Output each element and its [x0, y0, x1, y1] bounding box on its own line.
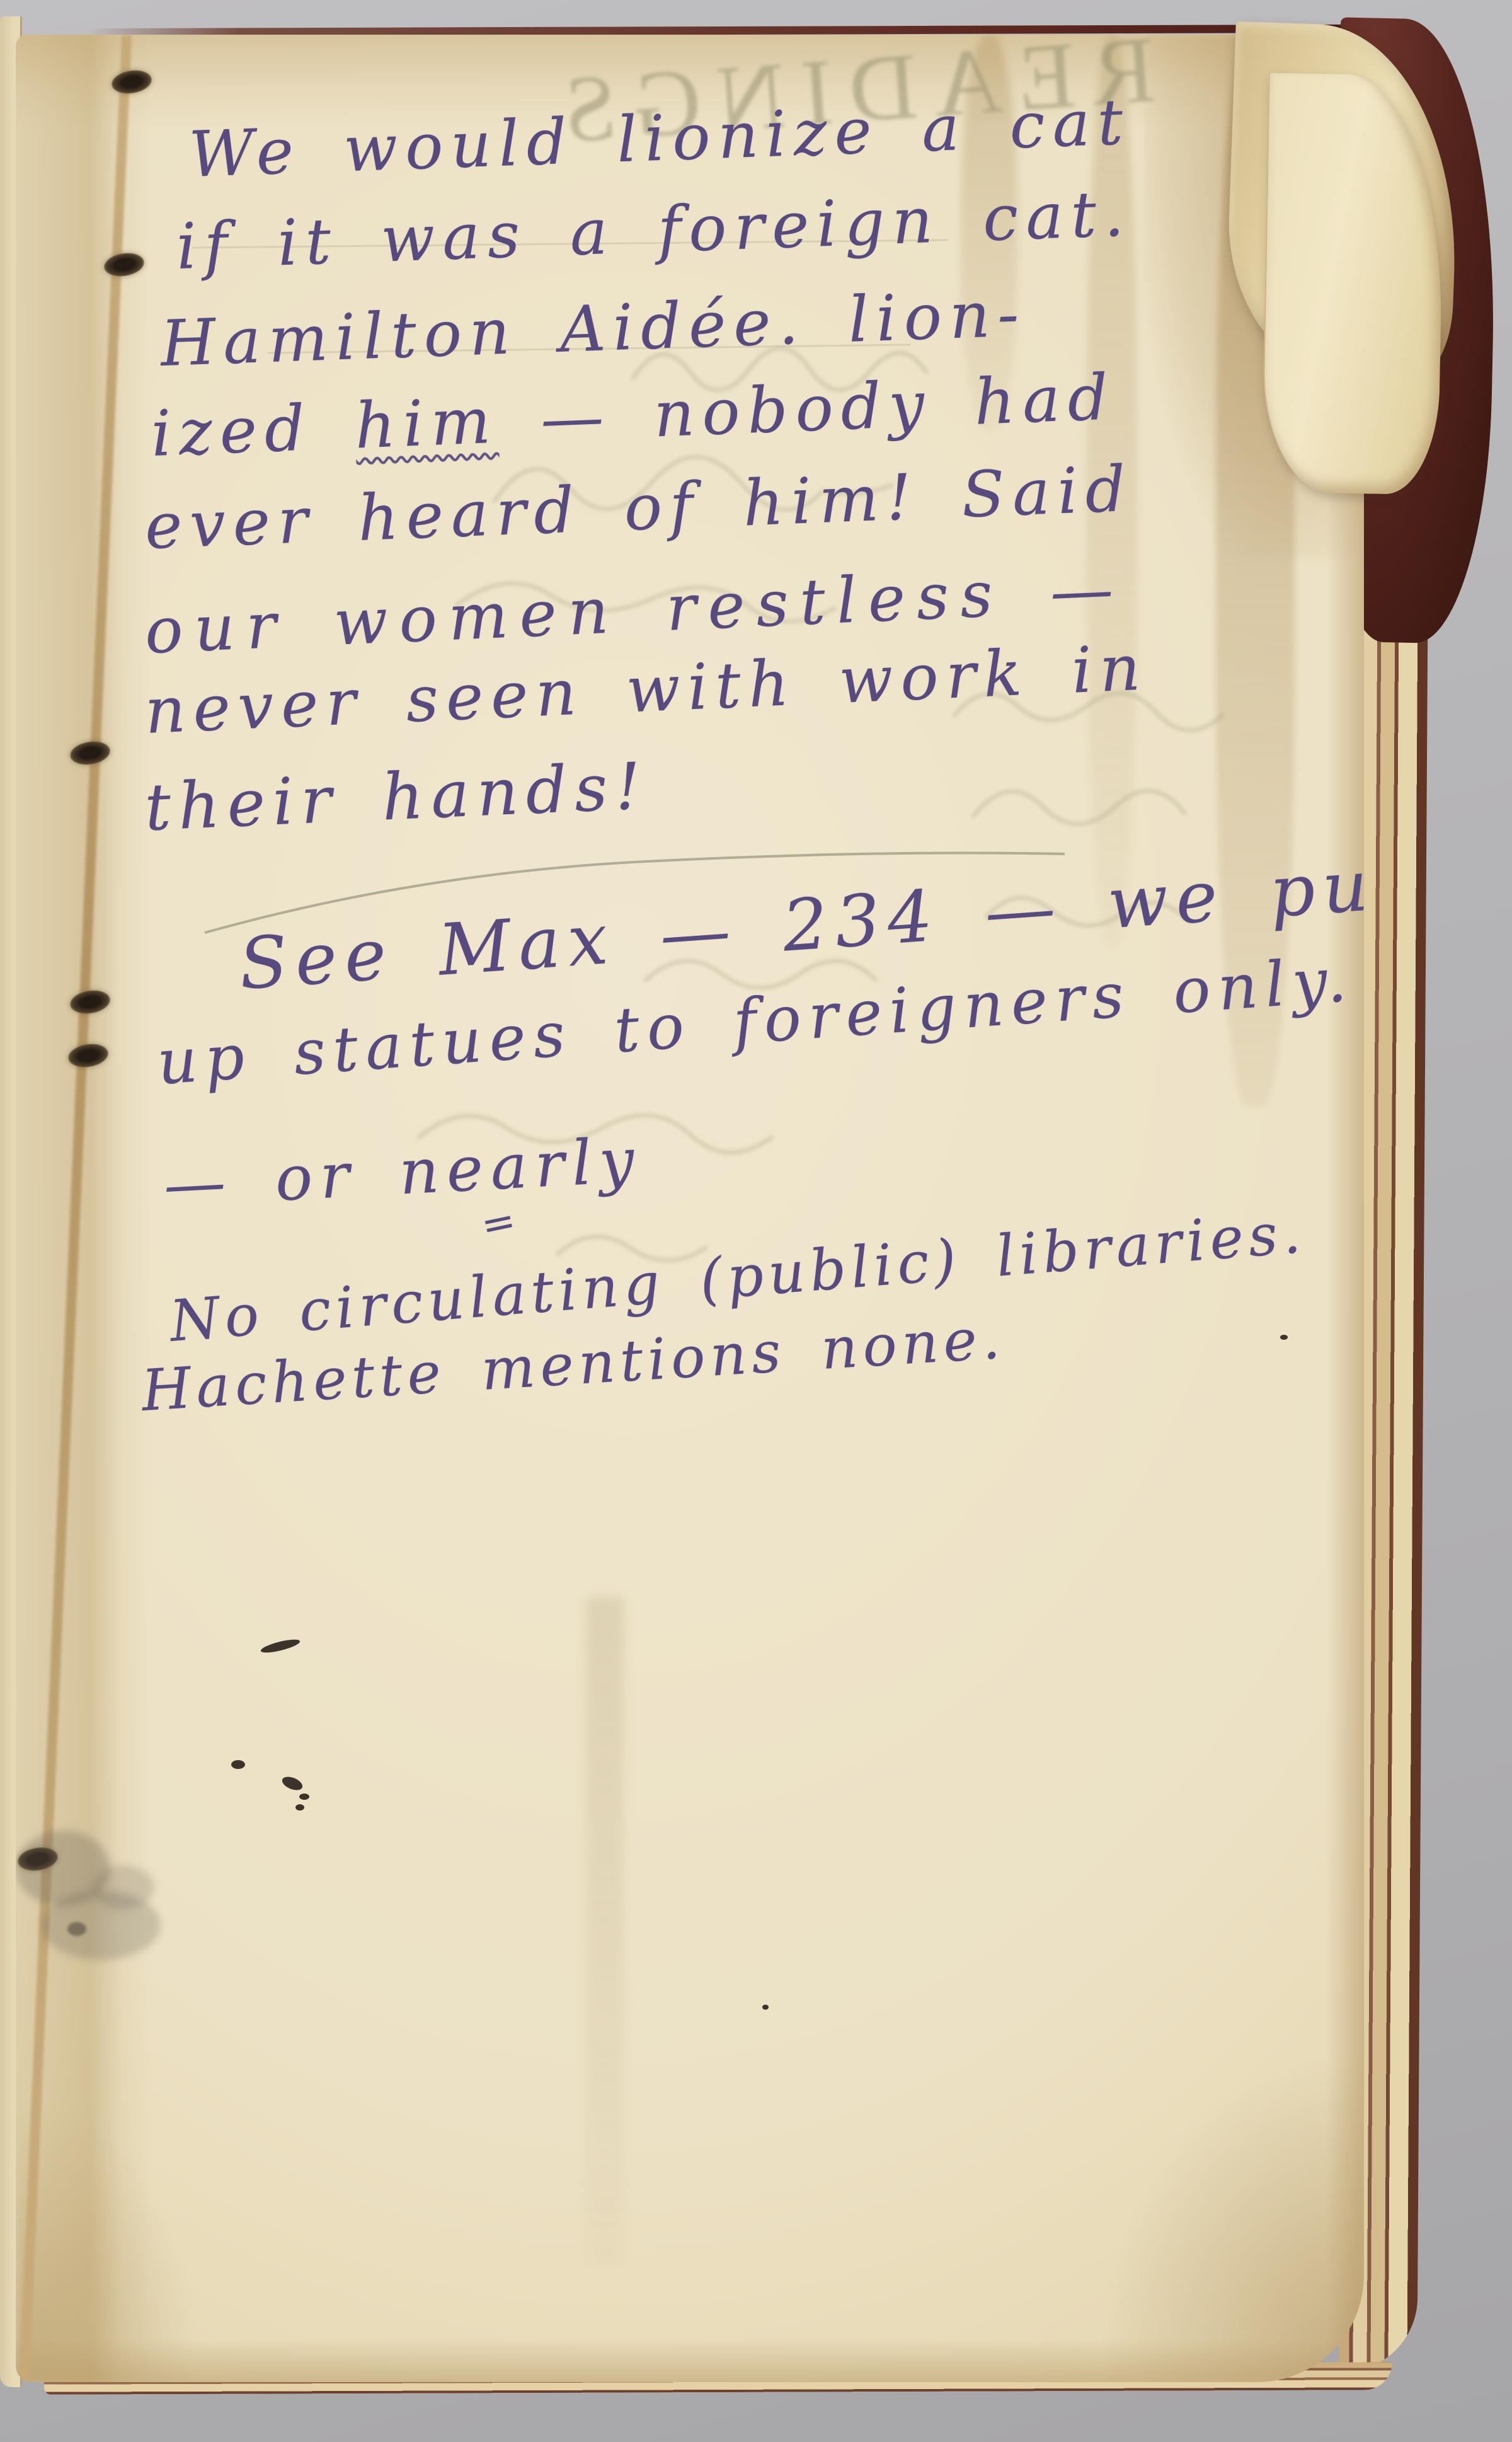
- ink-specks: [231, 1335, 1288, 2010]
- line4-pre: ized: [150, 389, 357, 471]
- line4-underlined-word: him: [353, 384, 500, 463]
- photo-background: READINGS: [0, 0, 1512, 2442]
- notebook-page: READINGS: [16, 35, 1364, 2382]
